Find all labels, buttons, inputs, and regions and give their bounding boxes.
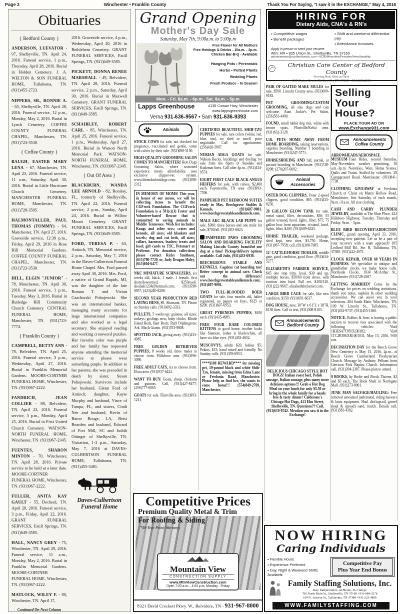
- classified-ad: PAMPERED PAWS GROOMING SALON AND BOARDIN…: [200, 235, 262, 258]
- classified-ad: FREE FOUR RARE COLORED KITTENS to good h…: [200, 323, 262, 341]
- christian-care-hiring-ad: HIRING FOR Dietary Aids, CNA's & RN's Co…: [266, 9, 397, 81]
- classified-ad: MALE AKC BLACK LAB PUPPY for sale, $300;…: [200, 219, 262, 232]
- classified-ad: GOATS for sale. Flintville area. (931)99…: [134, 394, 197, 403]
- classified-ad: CASH AND CARRY PLUNDER JEWELRY, availabl…: [331, 208, 397, 226]
- obituaries-box: Obituaries { Bedford County }ANDERSON, L…: [8, 9, 131, 612]
- classified-ad: CLOTHING GIVEAWAY at Fredonia Church of …: [331, 187, 397, 205]
- obituary-name: FANDRICH, JEAN COLLIER: [12, 395, 68, 406]
- classified-ad: GETTING MARRIED? Come by the Exchange fo…: [331, 283, 397, 314]
- obituary-entry: FUENTES, SHARON MINTON - 70, Winchester,…: [12, 447, 68, 489]
- mtn-headline: Competitive Prices: [134, 494, 262, 508]
- hiring-bullets-left: Competitive wagesBenefit packages: [271, 31, 331, 48]
- mountains-icon: [185, 556, 211, 563]
- classified-ad: SECOND YEAR PRODUCTION RED LAYING HENS, …: [134, 297, 197, 310]
- category-badge: AnnouncementsCoffee County: [336, 135, 393, 150]
- obituary-entry: ANDERSON, LUEVATOR - 97, Shelbyville, TN…: [12, 45, 68, 93]
- hiring-subtitle: Dietary Aids, CNA's & RN's: [268, 22, 395, 28]
- nh-bullet: Flexible Hours: [268, 557, 331, 562]
- obituary-name: FULLER, ANITA KAY GAULT: [12, 494, 68, 505]
- obituary-entry: FANDRICH, JEAN COLLIER - 88, Belvidere, …: [12, 395, 68, 443]
- ad-lead: HORSE TRAILER,: [266, 235, 298, 239]
- mothers-day-sale-title: Mother's Day Sale: [136, 26, 261, 36]
- classified-ad: SPOTTED JACK, giving away. (931)433-4985…: [134, 333, 197, 342]
- pay-box: Competitive Pay Plus Year End Bonus: [331, 557, 395, 577]
- classified-ad: NOTICE. Rollins & Sons is having a publi…: [331, 316, 397, 342]
- obituary-entry: HALMONTALLER, PAUL THOMAS (TOMMY) - 64, …: [12, 217, 68, 271]
- mtn-footer-address: 8321 David Crockett Pkwy. W., Belvidere,…: [137, 604, 225, 609]
- ad-lead: EIGHT FIRST CALF BLACK ANGUS HEIFERS: [200, 178, 262, 186]
- hiring-title: HIRING FOR: [268, 12, 395, 22]
- ad-lead: GOATS: [134, 394, 146, 398]
- obituary-name: FUENTES, SHARON MINTON: [12, 447, 68, 458]
- newspaper-page: Page 2 Winchester • Franklin County Than…: [0, 0, 400, 614]
- classified-ad: HIGH-QUALITY GROOMING SALON COMES TO MAN…: [134, 156, 197, 187]
- classified-ad: PET GROOMING/CUSTOM GROOMING, all size d…: [266, 101, 329, 119]
- ad-lead: CLOCK REPAIR, OVER 60 YEARS IN BUSINESS.: [331, 258, 397, 266]
- christian-care-logo-row: Christian Care Center of Bedford County …: [268, 60, 395, 83]
- classified-ad: LARGE BIRD CAGE for sale, like new condi…: [266, 292, 329, 301]
- boxed-classified-ad: ****$100 REWARD**** for missing pet, 10-…: [200, 360, 262, 395]
- column-rule: [199, 125, 200, 490]
- classified-ad: PAIR OF GAITED MARE MULES for sale, $500…: [266, 85, 329, 98]
- badge-line: Accessories: [286, 182, 320, 187]
- offer-lines: Free Flower for All MothersFree Hotdogs …: [188, 44, 258, 57]
- classified-ad: TWO FULL-BLOODED BOER GOATS for sale, fo…: [200, 291, 262, 309]
- greenhouse-contact: 4135 Cowan Hwy, Winchester www.lappsgree…: [208, 104, 258, 114]
- hiring-bullet: Shift and weekend differential pay: [335, 32, 395, 41]
- ad-lead: IN MEMORY OF MOMS!: [136, 192, 178, 196]
- christian-care-address: 835 Union Street, Shelbyville, TN 37160 …: [268, 79, 395, 83]
- family-staffing-logo: [268, 580, 283, 601]
- ad-lead: DELICIOUS CHICAGO STYLE HOT DOGS!: [267, 369, 327, 377]
- boxed-classified-ad: IN MEMORY OF MOMS! This year, in honor o…: [134, 190, 197, 269]
- funeral-home-name: Funeral Home: [72, 503, 128, 509]
- hiring-bullet: Benefit packages: [271, 37, 331, 42]
- ad-lead: FREE FOUR RARE COLORED KITTENS: [200, 323, 262, 331]
- greenhouse-footer: Lapps Greenhouse 4135 Cowan Hwy, Winches…: [136, 103, 261, 114]
- mtn-sub2: For Roofing & Siding: [134, 516, 262, 524]
- ad-lead: DOG HOUSE,: [266, 304, 289, 308]
- now-hiring-row: Flexible HoursExperience PreferredDay, N…: [268, 556, 395, 578]
- ad-lead: ****$100 REWARD****: [202, 362, 241, 366]
- obituary-entry: FULLER, ANITA KAY GAULT - 55, Decherd, T…: [12, 493, 68, 535]
- phone1-label: Verna: [150, 114, 163, 120]
- county-section-header: { Coffee County }: [12, 150, 68, 156]
- ad-lead: 20 GALLON GLOW TANK: [266, 210, 314, 214]
- classified-ad: PAMPERED PET BEDROOM SUITES ready in May…: [200, 198, 262, 216]
- obituary-name: SCHAIBLEY, ROBERT CARL: [72, 121, 128, 132]
- classified-ad: GREAT PYRENEES PUPPIES, $100 each. (931)…: [200, 311, 262, 320]
- ad-lead: BLUE BIRD RECOVERY/ADDICTION CLINIC,: [331, 228, 397, 236]
- obituary-entry: MATLOCK, WILEY F. - 80, Winchester, TN. …: [12, 592, 68, 604]
- classified-column-e: PAIR OF GAITED MARE MULES for sale, $500…: [266, 85, 329, 523]
- offer-line: Free Flower for All Mothers: [188, 44, 258, 48]
- badge-line: Coffee County: [351, 142, 388, 147]
- obituary-name: CAMPBELL, BETTY ANN: [12, 343, 65, 348]
- classified-ad: 9 BOOKS, by Bodie and Brock Thoene, $2 a…: [331, 375, 397, 388]
- classified-ad: ARROWHEADS/AEROSPACE MUSEUM-Train Rides,…: [331, 153, 397, 184]
- hiring-bullets: Competitive wagesBenefit packages Shift …: [268, 29, 395, 48]
- category-badge: AnimalAccessories: [270, 175, 324, 190]
- ad-lead: GETTING MARRIED?: [331, 283, 370, 287]
- hiring-email-line: administrator@ccofbedfordco.com • EOE/Mi…: [268, 56, 395, 59]
- classified-ad: HORSESHOEING AND full, partial, or pastu…: [266, 158, 329, 171]
- ad-lead: NKC MINIATURE SCHNAUZERS,: [134, 272, 191, 276]
- classified-ad: MUSCOVYS, adults $20, babies $5; Pekins,…: [200, 343, 262, 356]
- ad-lead: CASH AND CARRY PLUNDER JEWELRY,: [331, 208, 397, 216]
- hiring-bullet: Competitive wages: [271, 32, 331, 37]
- ad-lead: ARROWHEADS/AEROSPACE MUSEUM-: [331, 153, 380, 161]
- badge-label: AnnouncementsBedford County: [286, 318, 320, 327]
- page-edge-rule: [398, 9, 399, 521]
- hearse-carriage-icon: [75, 488, 123, 497]
- phone2-label: Sam: [202, 114, 212, 120]
- paw-icon: [143, 127, 152, 134]
- offer-line: Chicken Bar-B-Q - Available: [188, 53, 258, 57]
- company-name: Family Staffing Solutions, Inc.: [285, 580, 395, 588]
- county-section-header: { Franklin County }: [12, 333, 68, 339]
- category-badge: AnnouncementsBedford County: [270, 315, 324, 330]
- classified-ad: NKC MINIATURE SCHNAUZERS, six weeks old,…: [134, 272, 197, 294]
- ad-lead: CLOTHING GIVEAWAY: [331, 187, 374, 191]
- mtn-logo-sub: CONSTRUCTION SUPPLY: [162, 574, 234, 580]
- ad-lead: 12' CATTLE/HORSE TRAILER,: [266, 251, 318, 255]
- badge-label: AnimalAccessories: [286, 178, 320, 187]
- company-row: Family Staffing Solutions, Inc. Stay Ind…: [268, 580, 395, 601]
- ad-lead: HORSESHOEING AND: [266, 158, 305, 162]
- classified-ad: DOG HOUSE, new, 30"W x 61"L x 38"H, $130…: [266, 304, 329, 313]
- hiring-bullet: Attendance bonuses.: [335, 42, 395, 47]
- product-line: Hanging Pots • Perennials: [188, 62, 258, 67]
- obituary-name: BLACKBURN, WANDA LEE ARNOLD: [72, 183, 128, 194]
- column-rule: [264, 83, 265, 521]
- ad-lead: SPOTTED JACK,: [134, 333, 162, 337]
- obituary-entry: HILL, ELGIN "JUNIOR" - 78, Manchester, T…: [12, 275, 68, 329]
- classified-ad: NUBIAN ADGA GOATS for sale. Nubian Bucks…: [200, 153, 262, 175]
- ad-lead: SECOND YEAR PRODUCTION RED LAYING HENS,: [134, 297, 197, 305]
- envelope-icon: [340, 139, 349, 146]
- ad-lead: PULLETS,: [134, 313, 151, 317]
- classified-ad: CLOCK REPAIR, OVER 60 YEARS IN BUSINESS.…: [331, 258, 397, 280]
- hotdogs-photo: [266, 334, 329, 366]
- ad-lead: PAMPERED PET BEDROOM SUITES: [200, 198, 262, 202]
- obituary-name: HALL, NANCY GREY: [12, 540, 57, 545]
- classified-ad: STOCK COWS for sale, not checked for pre…: [134, 140, 197, 153]
- classified-ad: CERTIFIED BEAUTIFUL SHIH-TZU PUPPIES for…: [200, 128, 262, 150]
- sale-date-line: Saturday, May 7th, 9:00a.m. to 5:00p.m: [136, 37, 261, 42]
- funeral-home-ad: Daves-CulbertsonFuneral Home: [72, 475, 128, 510]
- classified-ad: DELICIOUS CHICAGO STYLE HOT DOGS! Italia…: [266, 369, 329, 417]
- ad-lead: CERTIFIED BEAUTIFUL SHIH-TZU PUPPIES: [200, 128, 262, 136]
- page-canvas: Page 2 Winchester • Franklin County Than…: [0, 0, 400, 614]
- ad-lead: PAMPERED PAWS GROOMING SALON AND BOARDIN…: [200, 236, 262, 244]
- mtn-hours: Open 7:00 a.m. - 4:00 p.m. Monday - Frid…: [159, 585, 237, 589]
- edition-label: Winchester • Franklin County: [80, 2, 190, 7]
- ad-lead: LARGE BIRD CAGE: [266, 292, 301, 296]
- classified-ad: EIGHT FIRST CALF BLACK ANGUS HEIFERS for…: [200, 178, 262, 196]
- county-section-header: { Out Of Area }: [72, 173, 128, 179]
- christian-care-logo-icon: [268, 65, 276, 73]
- obituary-entry: SCHAIBLEY, ROBERT CARL - 85, Winchester,…: [72, 121, 128, 169]
- obituary-entry: BAUGH, EASTER MARY LENA - 67, Manchester…: [12, 159, 68, 213]
- classified-ad: JUNK MAN SALVAGE/HAULING: Free removal u…: [331, 391, 397, 413]
- selling-your-house-ad: Selling Your House? PLACE YOUR AD ON www…: [331, 85, 397, 131]
- company-address-2: 109 N. Jackson St., Tullahoma, TN 37388 …: [285, 596, 395, 600]
- hours-bar: Mon. - Fri. 8a.m. - 6p.m., Sat. 8a.m. - …: [136, 96, 261, 103]
- mountain-view-logo-box: Mountain View CONSTRUCTION SUPPLY www.Mt…: [157, 553, 239, 591]
- ad-lead: STOCK COWS: [134, 140, 159, 144]
- company-block: Family Staffing Solutions, Inc. Stay Ind…: [285, 580, 395, 600]
- obituary-name: NIPPERS, SR., RONNIE A.: [12, 98, 68, 103]
- classified-ad: 20 GALLON GLOW TANK for sale, metal stan…: [266, 210, 329, 232]
- nh-bullet: Experience Preferred: [268, 563, 331, 568]
- classified-column-f: AnnouncementsCoffee CountyARROWHEADS/AER…: [331, 134, 397, 523]
- ad-lead: BEECHGROVE STABLE AND KENNELS.: [200, 261, 262, 269]
- ad-lead: NUBIAN ADGA GOATS: [200, 153, 244, 157]
- classified-ad: FREE GOLDEN RETRIEVER PUPPIES, 8 weeks o…: [134, 345, 197, 363]
- classified-ad: HORSE TRAILER, weekend package, shed kep…: [266, 235, 329, 248]
- obituary-entry: BLACKBURN, WANDA LEE ARNOLD - 82, Bonifa…: [72, 182, 128, 236]
- obituary-name: ANDERSON, LUEVATOR: [12, 46, 64, 51]
- greenhouse-name: Lapps Greenhouse: [138, 104, 195, 114]
- product-line: Herbs • Potted Plants: [188, 68, 258, 73]
- ad-lead: MALE AKC BLACK LAB PUPPY: [200, 219, 256, 223]
- ad-lead: MUSCOVYS,: [200, 343, 221, 347]
- pay-line2: Plus Year End Bonus: [334, 567, 392, 573]
- greenhouse-phones: Verna 931-636-9567 • Sam 931-636-9393: [136, 114, 261, 120]
- obituary-column-left: { Bedford County }ANDERSON, LUEVATOR - 9…: [12, 35, 68, 613]
- page-number: Page 2: [5, 2, 20, 7]
- badge-label: Animals: [154, 128, 188, 133]
- classified-ad: BEECHGROVE STABLE AND KENNELS. Cageless …: [200, 261, 262, 287]
- classified-ad: FREE ADULT CATS, six to choose from. Elo…: [134, 366, 197, 375]
- obituary-name: HALMONTALLER, PAUL THOMAS (TOMMY): [12, 217, 68, 228]
- phone1-number: 931-636-9567: [164, 114, 197, 120]
- logo-line: Christian Care Center of Bedford County: [268, 62, 395, 76]
- greenhouse-bullets: Free Flower for All MothersFree Hotdogs …: [188, 43, 261, 95]
- obituary-continuation: 2016. Graveside service, 4 p.m., Wednesd…: [72, 35, 128, 65]
- classified-ad: 12' CATTLE/HORSE TRAILER, middle gate, g…: [266, 251, 329, 264]
- mtn-footer: 8321 David Crockett Pkwy. W., Belvidere,…: [134, 600, 262, 612]
- hiring-bullets-right: Shift and weekend differential payAttend…: [335, 31, 395, 48]
- obituaries-title: Obituaries: [11, 10, 128, 32]
- hiring-header-bar: HIRING FOR Dietary Aids, CNA's & RN's: [268, 11, 395, 29]
- ad-lead: ELIZABETH'S FARRIER SERVICE,: [266, 267, 329, 271]
- lapps-greenhouse-ad: Grand Opening Mother's Day Sale Saturday…: [135, 9, 261, 122]
- ad-lead: NOTICE.: [331, 316, 346, 320]
- family-staffing-ad: NOW HIRING Caring Individuals Flexible H…: [264, 525, 398, 612]
- ad-lead: OSTER DOG CLIPPERS,: [266, 193, 308, 197]
- ad-lead: GREAT PYRENEES PUPPIES,: [200, 311, 252, 315]
- greenhouse-website: www.lappsgreenhouse.com: [208, 108, 258, 113]
- ad-lead: FREE ADULT CATS,: [134, 366, 168, 370]
- obituary-column-right: 2016. Graveside service, 4 p.m., Wednesd…: [72, 35, 128, 613]
- classified-ad: ELIZABETH'S FARRIER SERVICE, $45 one sto…: [266, 267, 329, 289]
- greenhouse-middle: Free Flower for All MothersFree Hotdogs …: [136, 43, 261, 95]
- continued-note: Continued On Next Column: [12, 608, 68, 613]
- ad-lead: FREE GOLDEN RETRIEVER PUPPIES,: [134, 345, 197, 353]
- ad-lead: HIGH-QUALITY GROOMING SALON COMES TO MAN…: [134, 156, 197, 164]
- obituary-entry: PICKETT, DONNA RENEE MARSHALL - 49, Belv…: [72, 69, 128, 117]
- page-header: Page 2 Winchester • Franklin County Than…: [0, 1, 400, 9]
- classified-column-c: AnimalsSTOCK COWS for sale, not checked …: [134, 123, 197, 493]
- header-tagline: Thank You For Saying, "I saw it in the E…: [267, 2, 396, 7]
- selling-title: Selling Your House?: [335, 88, 375, 119]
- classified-ad: DECORATION DAY for the Beech Grove New C…: [331, 346, 397, 372]
- ad-lead: WANT TO BUY:: [134, 377, 161, 381]
- now-hiring-title: NOW HIRING: [268, 528, 395, 543]
- mtn-sub1: Premium Quality Metal & Trim: [134, 508, 262, 516]
- christian-care-name: Christian Care Center of Bedford County: [278, 62, 395, 76]
- product-line: Bedding Plants: [188, 75, 258, 80]
- obituary-name: FORD, TERESA P.: [72, 241, 114, 246]
- obituary-entry: CAMPBELL, BETTY ANN - 78, Belvidere, TN.…: [12, 342, 68, 390]
- obituary-entry: FORD, TERESA P. - 63, Antioch, TN. Memor…: [72, 240, 128, 469]
- grand-opening-title: Grand Opening: [136, 11, 261, 26]
- category-badge: Animals: [138, 124, 192, 137]
- envelope-icon: [275, 320, 284, 327]
- obituary-name: PICKETT, DONNA RENEE MARSHALL: [72, 69, 128, 80]
- nh-bullet: Day, Night & Weekend Shifts Available: [268, 568, 331, 577]
- classified-ad: BLUE BIRD RECOVERY/ADDICTION CLINIC, gra…: [331, 228, 397, 254]
- mtn-logo-name: Mountain View: [159, 565, 237, 574]
- classified-ad: FOUND, small rabbit dog mix, white with …: [266, 122, 329, 135]
- ad-lead: DECORATION DAY: [331, 346, 364, 350]
- obituary-name: HILL, ELGIN "JUNIOR": [12, 276, 64, 281]
- ad-lead: 9 BOOKS,: [331, 375, 348, 379]
- now-hiring-bullets: Flexible HoursExperience PreferredDay, N…: [268, 556, 331, 578]
- obituary-entry: NIPPERS, SR., RONNIE A. - 65, Shelbyvill…: [12, 97, 68, 145]
- obituaries-columns: { Bedford County }ANDERSON, LUEVATOR - 9…: [9, 31, 131, 612]
- mtn-warranty-note: *40-Year Paint Warranty: [134, 526, 262, 531]
- caring-individuals-script: Caring Individuals: [268, 543, 395, 554]
- classified-column-d: CERTIFIED BEAUTIFUL SHIH-TZU PUPPIES for…: [200, 128, 262, 490]
- mtn-footer-phone: 931-967-8000: [225, 602, 259, 609]
- product-line: Fresh Produce - In Season: [188, 81, 258, 86]
- bowl-icon: [275, 179, 284, 186]
- badge-line: Animals: [154, 128, 188, 133]
- ad-lead: JUNK MAN SALVAGE/HAULING:: [331, 391, 389, 395]
- county-section-header: { Bedford County }: [12, 36, 68, 42]
- classified-ad: U.R. PETS HOME AWAY FROM HOME BOARDING, …: [266, 138, 329, 156]
- caregiver-figures-icon: [268, 580, 283, 598]
- ad-lead: PET GROOMING/CUSTOM GROOMING,: [266, 101, 329, 109]
- obituary-entry: HALL, NANCY GREY - 75, Winchester, TN. A…: [12, 539, 68, 587]
- badge-label: AnnouncementsCoffee County: [351, 138, 388, 147]
- obituary-name: MATLOCK, WILEY F.: [12, 592, 58, 597]
- product-lines: Hanging Pots • PerennialsHerbs • Potted …: [188, 62, 258, 86]
- ad-lead: U.R. PETS HOME AWAY FROM HOME BOARDING,: [266, 138, 329, 146]
- family-staffing-website-bar: WWW.FAMILYSTAFFING.COM: [273, 602, 390, 610]
- ad-lead: PAIR OF GAITED MARE MULES: [266, 85, 323, 89]
- classified-ad: OSTER DOG CLIPPERS, Oster 2-speed clippe…: [266, 193, 329, 206]
- badge-line: Bedford County: [286, 323, 320, 328]
- classified-ad: PULLETS, 5 weeks-up; guineas, all sizes;…: [134, 313, 197, 331]
- offer-line: Free Hotdogs & Drinks - 10a.m. - 2p.m.: [188, 49, 258, 53]
- obituary-name: BAUGH, EASTER MARY LENA: [12, 159, 68, 170]
- ad-lead: FOUND,: [266, 122, 280, 126]
- ad-lead: TWO FULL-BLOODED BOER GOATS: [200, 291, 262, 299]
- mountain-view-ad: Competitive Prices Premium Quality Metal…: [133, 493, 263, 612]
- tulips-photo: [136, 43, 188, 95]
- paw-logo-icon: [200, 235, 205, 240]
- selling-website: www.Exchange931.com: [335, 125, 393, 130]
- classified-ad: WANT TO BUY: Goats, sheep, chickens and …: [134, 377, 197, 390]
- phone2-number: 931-636-9393: [213, 114, 246, 120]
